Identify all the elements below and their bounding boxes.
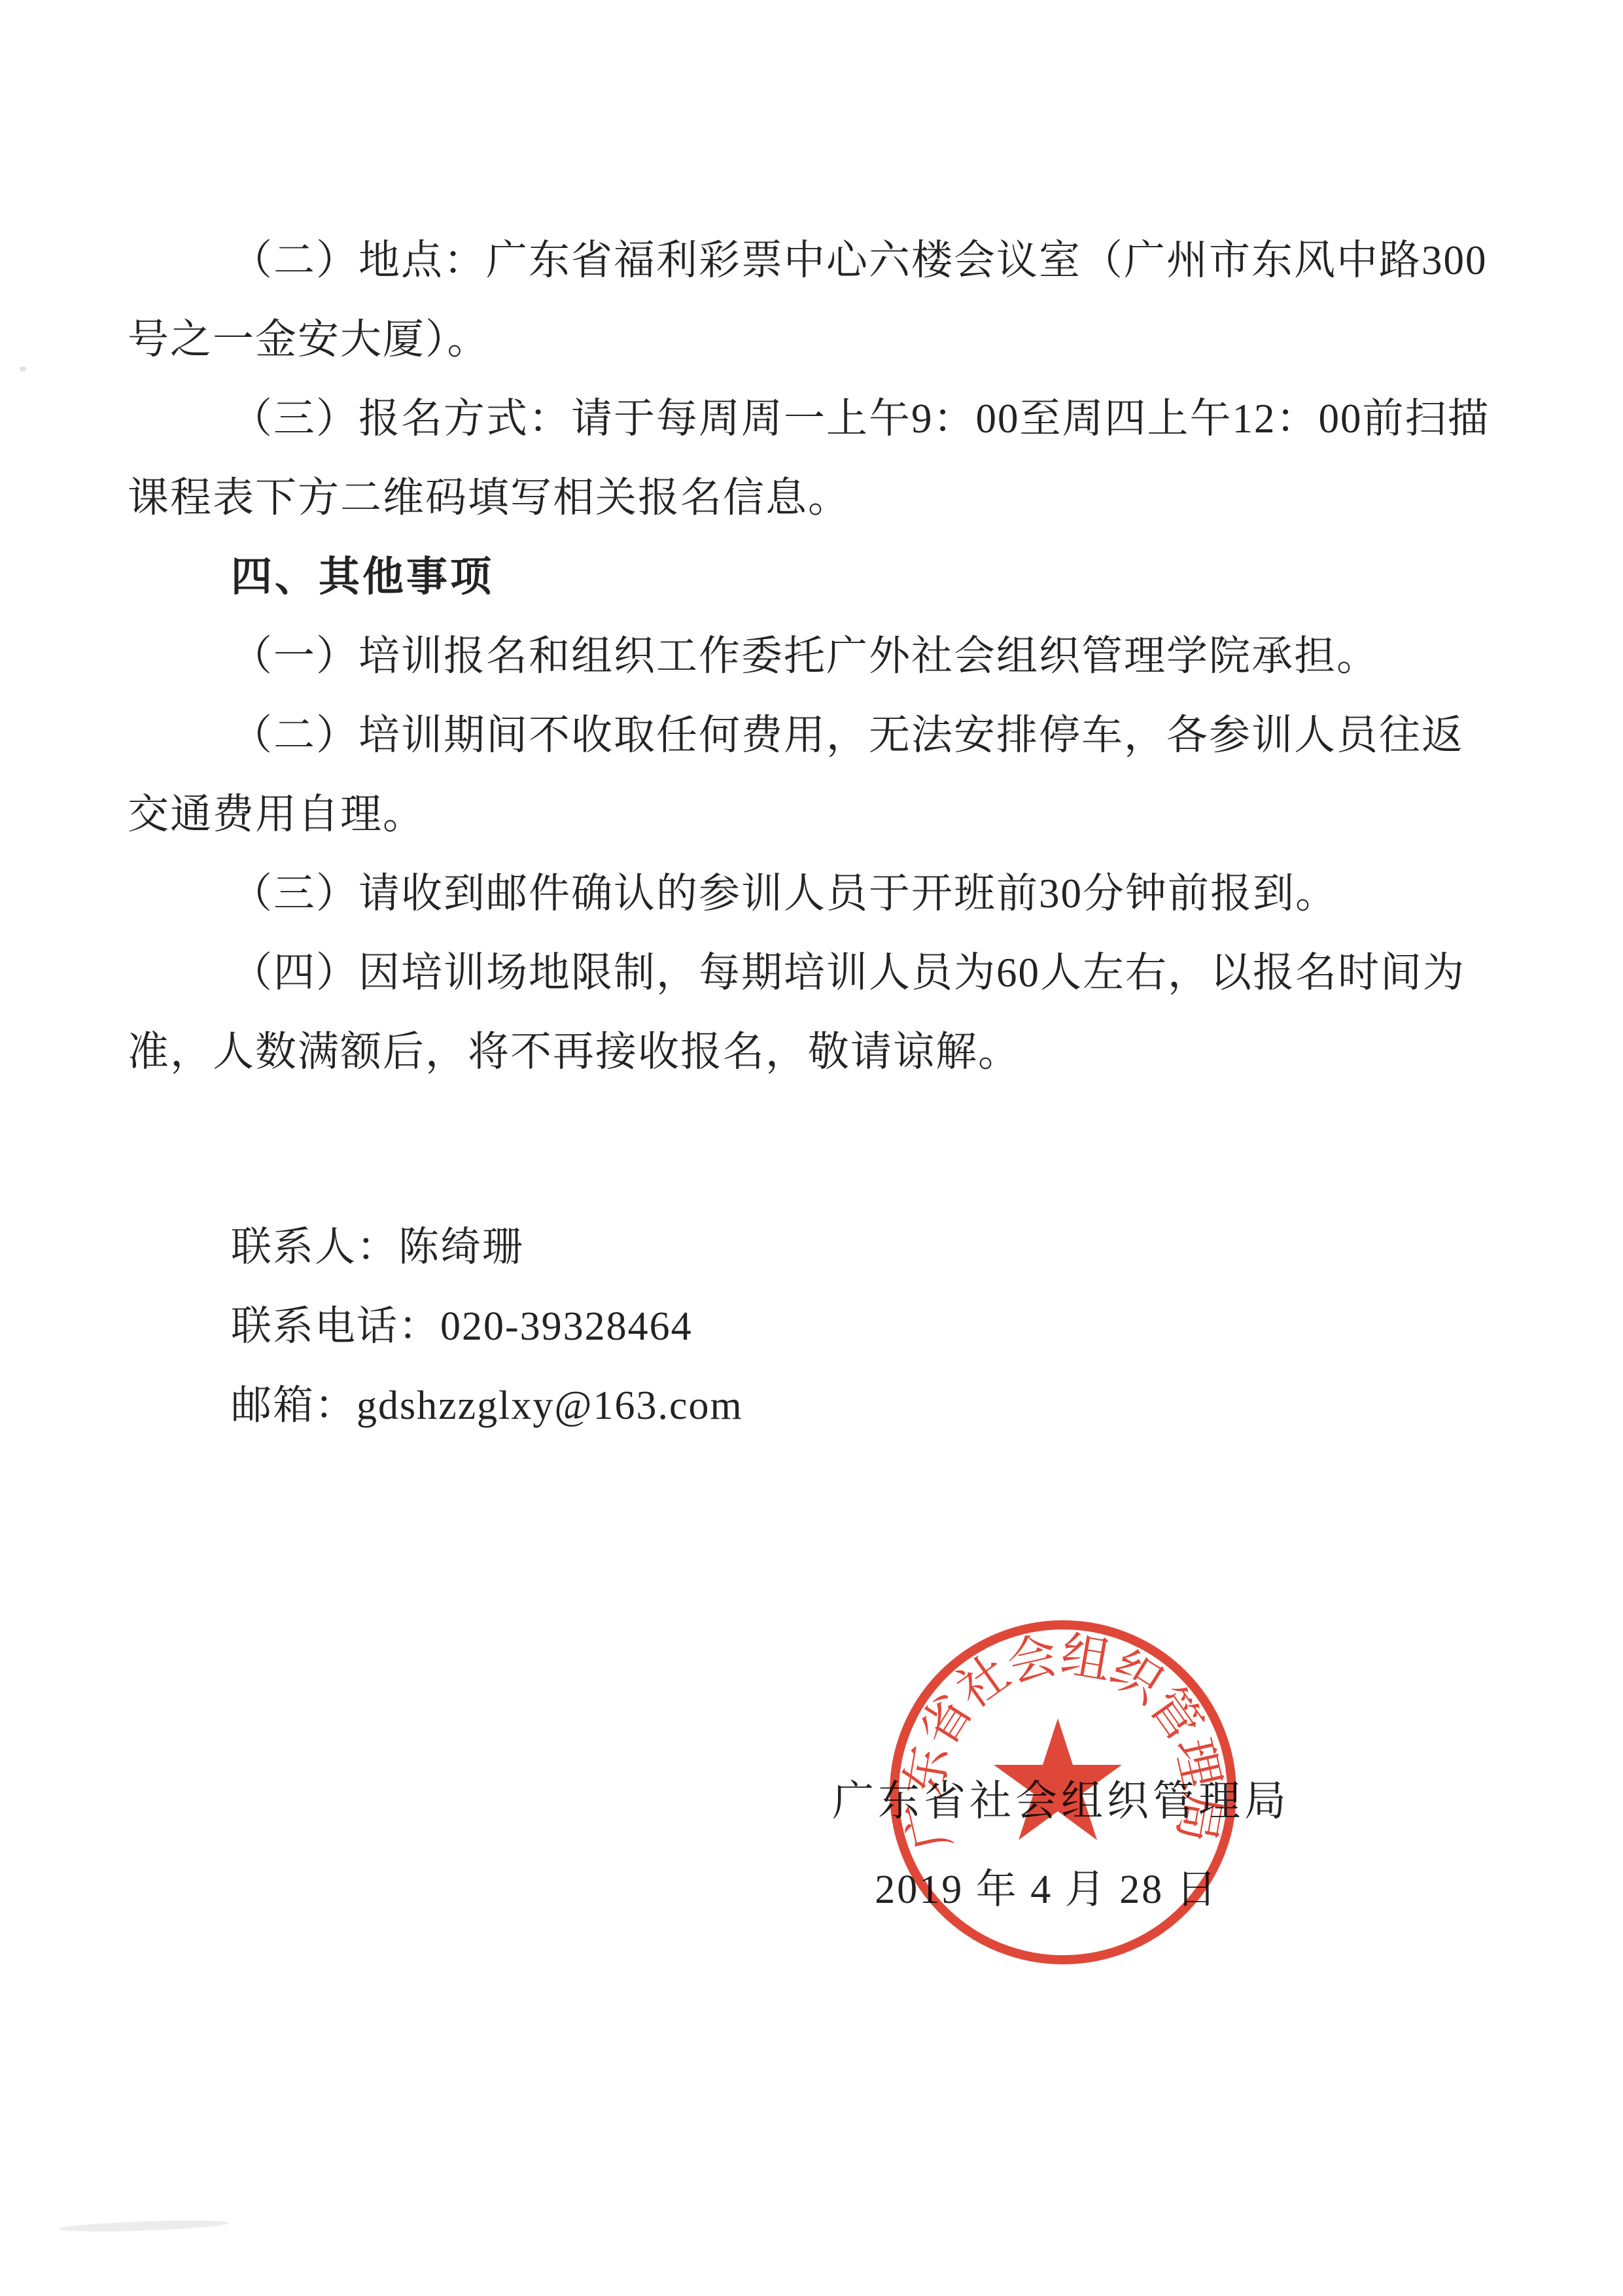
contact-phone: 联系电话：020-39328464 [231, 1286, 743, 1365]
body-line: （四）因培训场地限制，每期培训人员为60人左右，以报名时间为 [128, 933, 1527, 1013]
section-heading: 四、其他事项 [128, 538, 1527, 617]
contact-block: 联系人：陈绮珊 联系电话：020-39328464 邮箱：gdshzzglxy@… [231, 1207, 743, 1444]
body-line: （二）培训期间不收取任何费用，无法安排停车，各参训人员往返 [128, 696, 1527, 775]
scan-speck [20, 366, 26, 372]
body-text-block: （二）地点：广东省福利彩票中心六楼会议室（广州市东风中路300 号之一金安大厦）… [128, 221, 1527, 1092]
contact-person: 联系人：陈绮珊 [231, 1207, 743, 1286]
body-line: 课程表下方二维码填写相关报名信息。 [128, 459, 1527, 538]
body-line: （三）请收到邮件确认的参训人员于开班前30分钟前报到。 [128, 854, 1527, 933]
body-line: （二）地点：广东省福利彩票中心六楼会议室（广州市东风中路300 [128, 221, 1527, 300]
seal-star [994, 1718, 1122, 1840]
official-seal: 广东省社会组织管理局 [880, 1610, 1246, 1977]
body-line: （一）培训报名和组织工作委托广外社会组织管理学院承担。 [128, 617, 1527, 696]
scan-smudge [59, 2218, 229, 2233]
body-line: 交通费用自理。 [128, 775, 1527, 854]
document-page: （二）地点：广东省福利彩票中心六楼会议室（广州市东风中路300 号之一金安大厦）… [0, 0, 1623, 2296]
body-line: 号之一金安大厦）。 [128, 300, 1527, 379]
body-line: （三）报名方式：请于每周周一上午9：00至周四上午12：00前扫描 [128, 379, 1527, 459]
body-line: 准，人数满额后，将不再接收报名，敬请谅解。 [128, 1013, 1527, 1092]
contact-email: 邮箱：gdshzzglxy@163.com [231, 1365, 743, 1444]
